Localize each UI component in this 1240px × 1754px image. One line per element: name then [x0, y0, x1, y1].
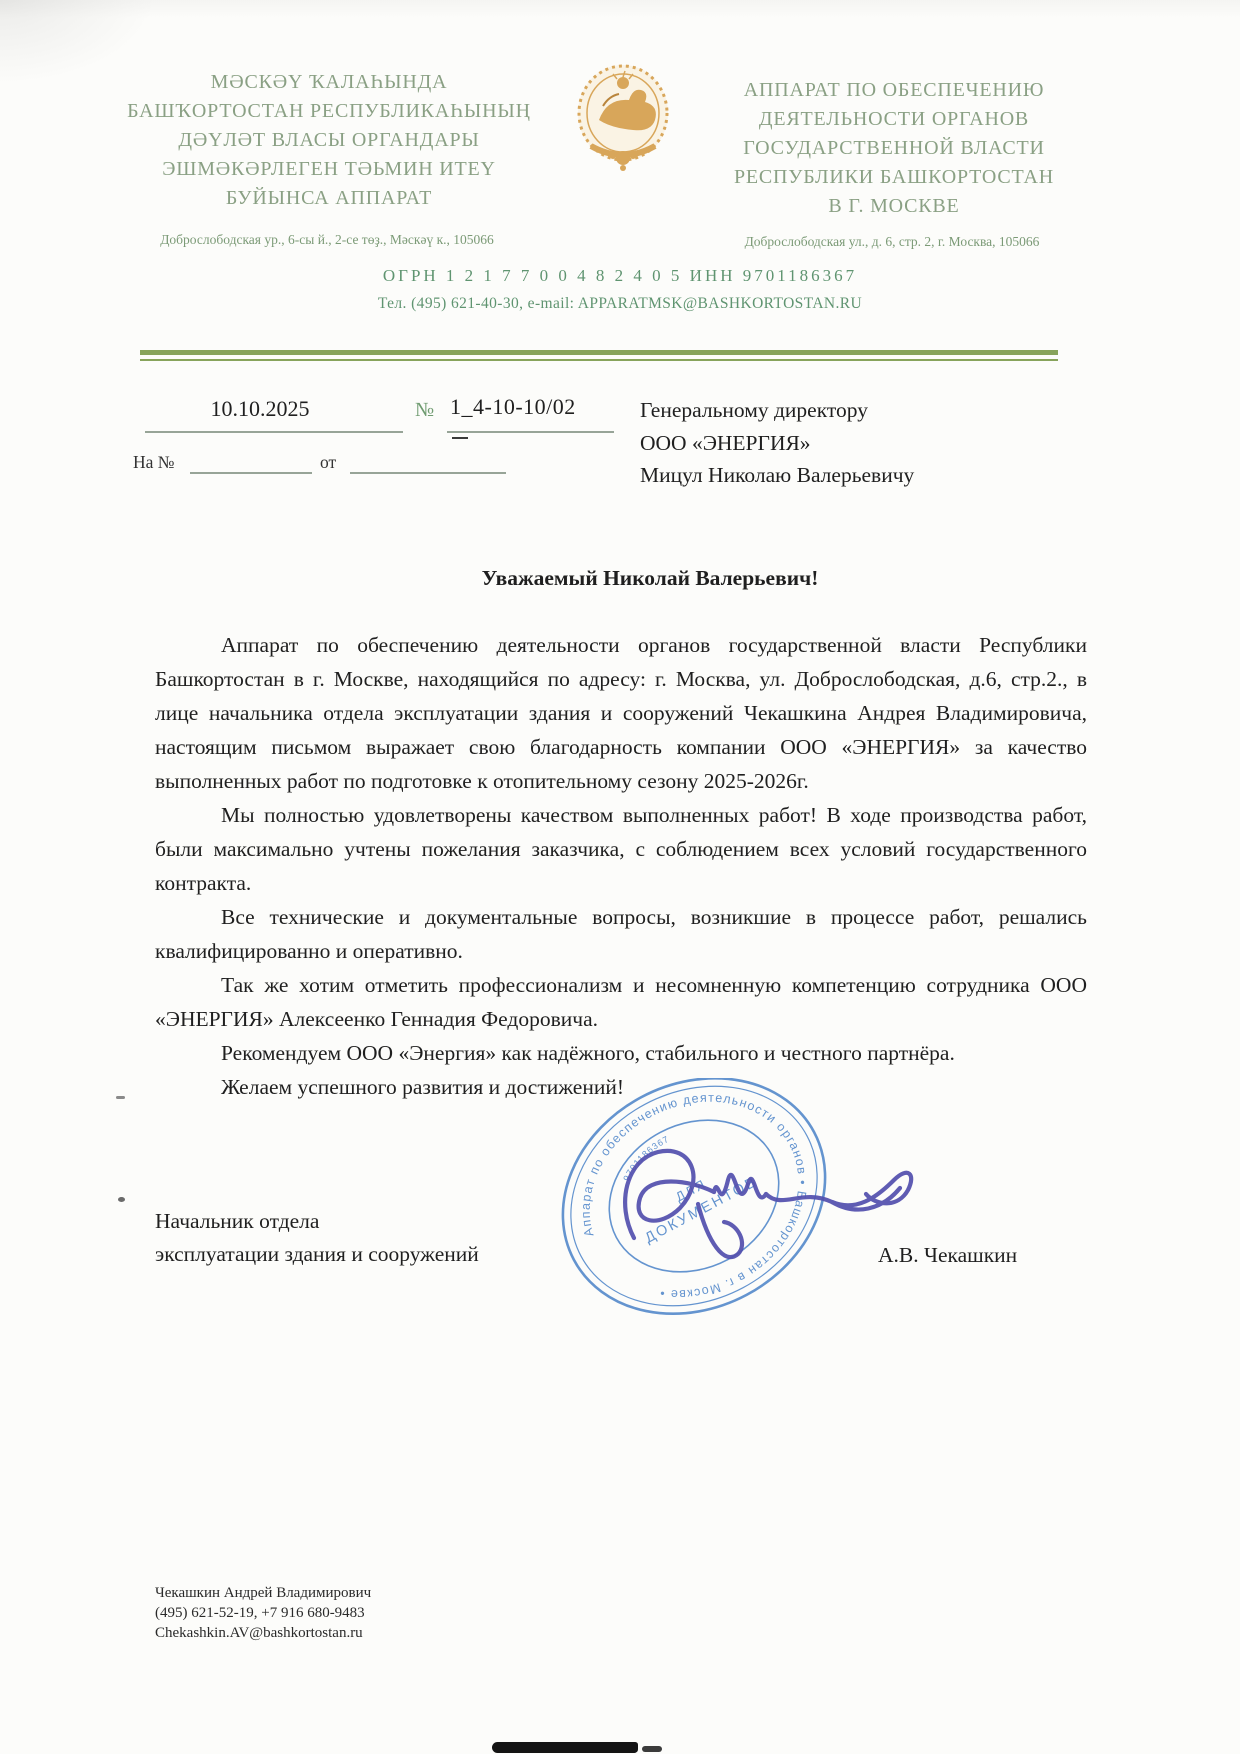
ogrn-inn-line: ОГРН 1 2 1 7 7 0 0 4 8 2 4 0 5 ИНН 97011…: [0, 266, 1240, 286]
letterhead-right-line: РЕСПУБЛИКИ БАШКОРТОСТАН: [688, 163, 1100, 192]
body-paragraph: Все технические и документальные вопросы…: [155, 900, 1087, 968]
reply-from-label: от: [320, 452, 336, 473]
executor-name: Чекашкин Андрей Владимирович: [155, 1583, 371, 1603]
letterhead-left-line: БУЙЫНСА АППАРАТ: [88, 184, 570, 213]
letter-body: Аппарат по обеспечению деятельности орга…: [155, 628, 1087, 1104]
coat-of-arms-icon: [573, 58, 673, 178]
reply-date-blank-underline: [350, 472, 506, 474]
executor-phones: (495) 621-52-19, +7 916 680-9483: [155, 1603, 371, 1623]
letterhead-right-address: Доброслободская ул., д. 6, стр. 2, г. Мо…: [652, 234, 1132, 250]
salutation: Уважаемый Николай Валерьевич!: [155, 566, 1087, 591]
handwritten-signature: [598, 1118, 928, 1288]
letterhead-left-line: БАШҠОРТОСТАН РЕСПУБЛИКАҺЫНЫҢ: [88, 97, 570, 126]
scan-artifact-blob: [492, 1742, 638, 1753]
scan-artifact-dash: [116, 1096, 125, 1099]
letterhead-right-title: АППАРАТ ПО ОБЕСПЕЧЕНИЮ ДЕЯТЕЛЬНОСТИ ОРГА…: [688, 76, 1100, 221]
letterhead-left-line: ДӘҮЛӘТ ВЛАСЫ ОРГАНДАРЫ: [88, 126, 570, 155]
letterhead-right-line: ГОСУДАРСТВЕННОЙ ВЛАСТИ: [688, 134, 1100, 163]
scanned-letter-page: МӘСКӘҮ ҠАЛАҺЫНДА БАШҠОРТОСТАН РЕСПУБЛИКА…: [0, 0, 1240, 1754]
number-digit-mark: [452, 437, 468, 439]
recipient-company: ООО «ЭНЕРГИЯ»: [640, 427, 1020, 460]
body-paragraph: Аппарат по обеспечению деятельности орга…: [155, 628, 1087, 798]
number-sign: №: [415, 399, 434, 422]
reply-to-number-label: На №: [133, 452, 174, 473]
scan-artifact-blob: [642, 1746, 662, 1752]
letterhead-left-title: МӘСКӘҮ ҠАЛАҺЫНДА БАШҠОРТОСТАН РЕСПУБЛИКА…: [88, 68, 570, 213]
body-paragraph: Рекомендуем ООО «Энергия» как надёжного,…: [155, 1036, 1087, 1070]
executor-contact-block: Чекашкин Андрей Владимирович (495) 621-5…: [155, 1583, 371, 1643]
body-paragraph: Мы полностью удовлетворены качеством вып…: [155, 798, 1087, 900]
letter-date: 10.10.2025: [130, 396, 390, 422]
date-underline: [145, 431, 403, 433]
letterhead-right-line: В Г. МОСКВЕ: [688, 192, 1100, 221]
letterhead-left-line: МӘСКӘҮ ҠАЛАҺЫНДА: [88, 68, 570, 97]
reply-number-blank-underline: [190, 472, 312, 474]
recipient-block: Генеральному директору ООО «ЭНЕРГИЯ» Миц…: [640, 394, 1020, 492]
letterhead-left-line: ЭШМӘКӘРЛЕГЕН ТӘЬМИН ИТЕҮ: [88, 155, 570, 184]
number-underline: [447, 431, 614, 433]
body-paragraph: Так же хотим отметить профессионализм и …: [155, 968, 1087, 1036]
letterhead-divider-rule: [140, 350, 1058, 361]
scan-artifact-dot: [118, 1197, 125, 1202]
recipient-name: Мицул Николаю Валерьевичу: [640, 459, 1020, 492]
recipient-position: Генеральному директору: [640, 394, 1020, 427]
phone-email-line: Тел. (495) 621-40-30, e-mail: APPARATMSK…: [0, 295, 1240, 313]
executor-email: Chekashkin.AV@bashkortostan.ru: [155, 1623, 371, 1643]
letterhead-right-line: ДЕЯТЕЛЬНОСТИ ОРГАНОВ: [688, 105, 1100, 134]
letter-number: 1_4-10-10/02: [450, 394, 576, 420]
letterhead-left-address: Доброслободская ур., 6-сы й., 2-се төҙ.,…: [80, 232, 574, 248]
letterhead-right-line: АППАРАТ ПО ОБЕСПЕЧЕНИЮ: [688, 76, 1100, 105]
